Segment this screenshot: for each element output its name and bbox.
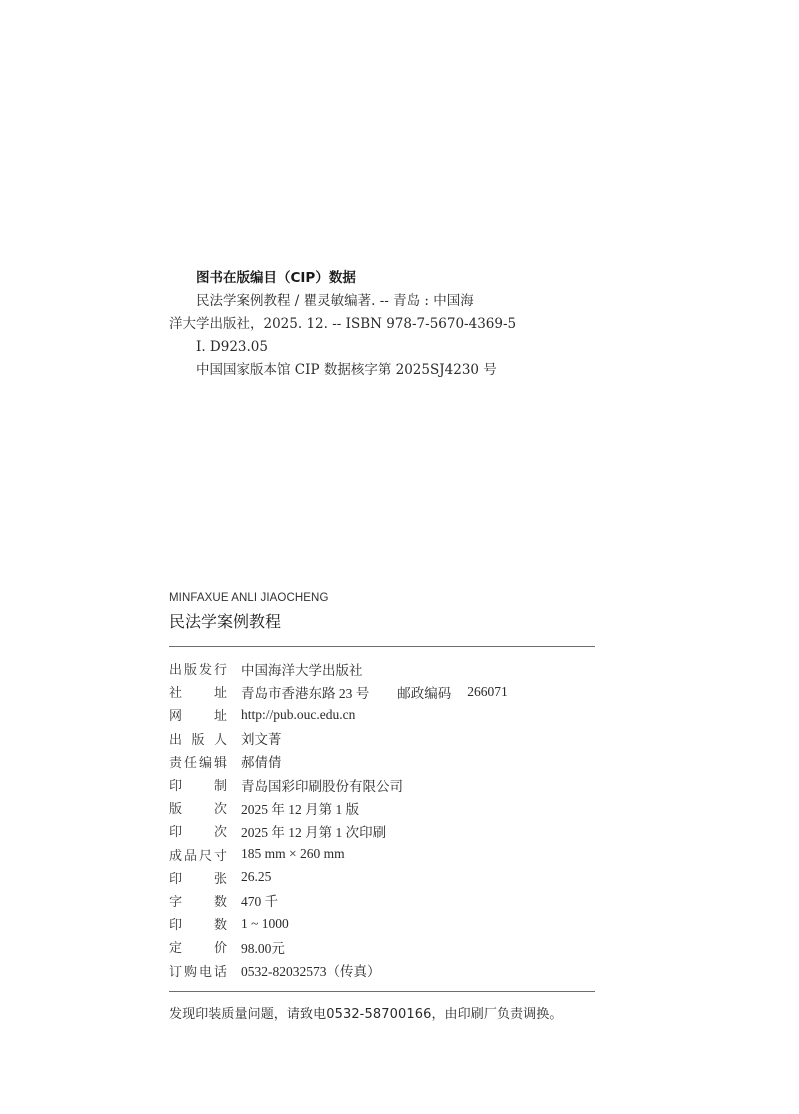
row-printing: 印次 2025 年 12 月第 1 次印刷	[169, 819, 595, 842]
label-size: 成品尺寸	[169, 845, 227, 864]
label-sheets: 印张	[169, 868, 227, 887]
value-printing: 2025 年 12 月第 1 次印刷	[241, 821, 386, 841]
row-publisher: 出版发行 中国海洋大学出版社	[169, 657, 595, 680]
colophon-block: MINFAXUE ANLI JIAOCHENG 民法学案例教程 出版发行 中国海…	[169, 590, 595, 1022]
book-title: 民法学案例教程	[169, 611, 595, 633]
cip-line-classification: Ⅰ. D923.05	[169, 336, 539, 359]
value-print-run: 1 ~ 1000	[241, 916, 289, 932]
value-publisher: 中国海洋大学出版社	[241, 659, 363, 679]
bottom-divider	[169, 991, 595, 992]
cip-line-title-author: 民法学案例教程 / 瞿灵敏编著. -- 青岛 : 中国海	[169, 290, 539, 313]
label-publisher: 出版发行	[169, 659, 227, 678]
value-price: 98.00元	[241, 937, 285, 957]
row-publisher-person: 出版人 刘文菁	[169, 727, 595, 750]
label-postcode: 邮政编码	[397, 682, 451, 702]
label-order-phone: 订购电话	[169, 961, 227, 980]
value-order-phone: 0532-82032573（传真）	[241, 960, 381, 980]
label-address: 社址	[169, 682, 227, 701]
value-sheets: 26.25	[241, 869, 271, 885]
label-word-count: 字数	[169, 891, 227, 910]
value-postcode: 266071	[467, 684, 508, 700]
value-printer: 青岛国彩印刷股份有限公司	[241, 775, 403, 795]
row-editor: 责任编辑 郝倩倩	[169, 750, 595, 773]
top-divider	[169, 646, 595, 647]
value-address: 青岛市香港东路 23 号	[241, 682, 369, 702]
row-printer: 印制 青岛国彩印刷股份有限公司	[169, 773, 595, 796]
row-sheets: 印张 26.25	[169, 866, 595, 889]
label-printer: 印制	[169, 775, 227, 794]
row-price: 定价 98.00元	[169, 935, 595, 958]
cip-line-publisher-isbn: 洋大学出版社，2025. 12. -- ISBN 978-7-5670-4369…	[169, 313, 539, 336]
value-publisher-person: 刘文菁	[241, 728, 282, 748]
cip-line-record-number: 中国国家版本馆 CIP 数据核字第 2025SJ4230 号	[169, 359, 539, 382]
row-word-count: 字数 470 千	[169, 889, 595, 912]
row-address: 社址 青岛市香港东路 23 号 邮政编码 266071	[169, 680, 595, 703]
label-editor: 责任编辑	[169, 752, 227, 771]
value-editor: 郝倩倩	[241, 751, 282, 771]
value-size: 185 mm × 260 mm	[241, 846, 345, 862]
row-website: 网址 http://pub.ouc.edu.cn	[169, 703, 595, 726]
row-size: 成品尺寸 185 mm × 260 mm	[169, 843, 595, 866]
cip-heading: 图书在版编目（CIP）数据	[169, 267, 539, 290]
value-edition: 2025 年 12 月第 1 版	[241, 798, 359, 818]
colophon-rows: 出版发行 中国海洋大学出版社 社址 青岛市香港东路 23 号 邮政编码 2660…	[169, 657, 595, 982]
label-price: 定价	[169, 937, 227, 956]
row-edition: 版次 2025 年 12 月第 1 版	[169, 796, 595, 819]
cip-data-block: 图书在版编目（CIP）数据 民法学案例教程 / 瞿灵敏编著. -- 青岛 : 中…	[169, 267, 539, 382]
value-word-count: 470 千	[241, 890, 278, 910]
label-printing: 印次	[169, 821, 227, 840]
label-print-run: 印数	[169, 914, 227, 933]
label-publisher-person: 出版人	[169, 729, 227, 748]
label-edition: 版次	[169, 798, 227, 817]
row-print-run: 印数 1 ~ 1000	[169, 912, 595, 935]
pinyin-title: MINFAXUE ANLI JIAOCHENG	[169, 590, 595, 606]
label-website: 网址	[169, 705, 227, 724]
quality-notice: 发现印装质量问题，请致电0532-58700166，由印刷厂负责调换。	[169, 1003, 595, 1022]
row-order-phone: 订购电话 0532-82032573（传真）	[169, 958, 595, 981]
value-website-link[interactable]: http://pub.ouc.edu.cn	[241, 707, 355, 723]
